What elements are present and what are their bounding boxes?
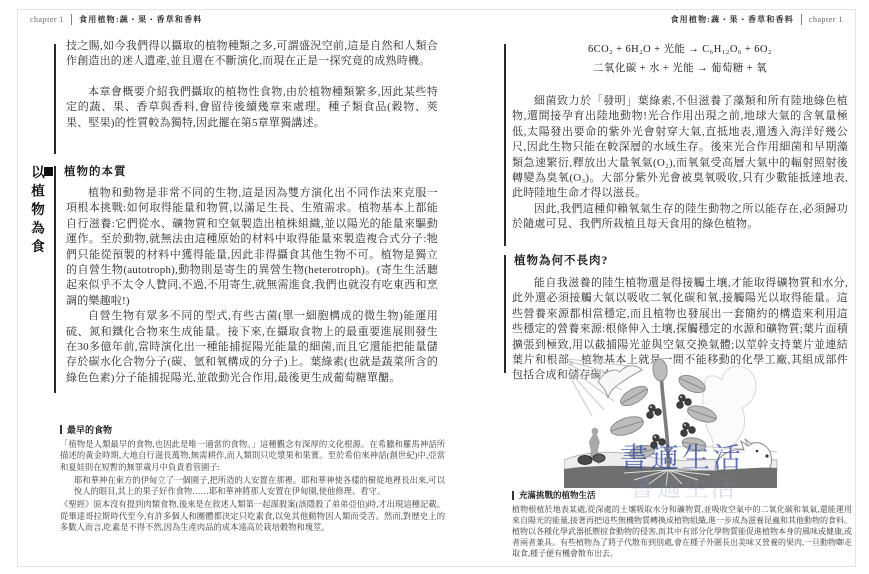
caption-title: 充滿挑戰的植物生活	[519, 489, 596, 501]
paragraph: 自營生物有眾多不同的型式,有些古菌(單一細胞構成的微生物)能運用硫、氮和鐵化合物…	[66, 309, 438, 386]
section-heading: 植物為何不長肉?	[514, 252, 608, 268]
left-running-header: chapter 1 食用植物:蔬・果・香草和香料	[30, 14, 203, 25]
title-bar-mark	[60, 425, 62, 434]
paragraph: 《聖經》原本沒有提到肉類食物,後來是在敘述人類第一起謀殺案(該隱殺了弟弟亞伯)時…	[60, 499, 445, 533]
chapter-label: chapter 1	[809, 15, 843, 24]
paragraph: 因此,我們這種仰賴氧氣生存的陸生動物之所以能存在,必須歸功於隨處可見、我們所栽植…	[512, 202, 848, 233]
scripture-quote: 耶和華神在東方的伊甸立了一個園子,把所造的人安置在那裡。耶和華神使各樣的樹從地裡…	[74, 475, 445, 498]
right-running-header: 食用植物:蔬・果・香草和香料 chapter 1	[670, 14, 843, 25]
text-rule	[54, 44, 56, 154]
book-spread: chapter 1 食用植物:蔬・果・香草和香料 食用植物:蔬・果・香草和香料 …	[0, 0, 869, 574]
caption-title-row: 充滿挑戰的植物生活	[512, 489, 852, 501]
book-title: 食用植物:蔬・果・香草和香料	[79, 14, 202, 25]
right-intro-column: 細菌致力於「發明」葉綠素,不但滋養了藻類和所有陸地綠色植物,還間接孕育出陸地動物…	[512, 94, 848, 233]
sidebar-box-earliest-food: 最早的食物 「植物是人類最早的食物,也因此是唯一適當的食物。」這種觀念有深厚的文…	[60, 423, 445, 533]
header-divider	[801, 14, 802, 25]
paragraph: 技之賜,如今我們得以攝取的植物種類之多,可謂盛況空前,這是自然和人類合作創造出的…	[66, 39, 438, 70]
caption-text: 植物根植於地表某處,從深處的土壤吸取水分和礦物質,並吸收空氣中的二氧化碳和氧氣,…	[512, 504, 852, 559]
text-rule	[504, 44, 506, 246]
box-title-row: 最早的食物	[60, 423, 445, 436]
book-title: 食用植物:蔬・果・香草和香料	[670, 14, 793, 25]
left-intro-column: 技之賜,如今我們得以攝取的植物種類之多,可謂盛況空前,這是自然和人類合作創造出的…	[66, 39, 438, 131]
header-divider	[71, 14, 72, 25]
equation-line-chemical: 6CO₂ + 6H₂O + 光能 → C₆H₁₂O₆ + 6O₂	[512, 41, 848, 60]
figure-caption: 充滿挑戰的植物生活 植物根植於地表某處,從深處的土壤吸取水分和礦物質,並吸收空氣…	[512, 489, 852, 559]
paragraph: 本章會概要介紹我們攝取的植物性食物,由於植物種類繁多,因此某些特定的蔬、果、香草…	[66, 85, 438, 131]
equation-line-chinese: 二氧化碳 + 水 + 光能 → 葡萄糖 + 氧	[512, 60, 848, 79]
paragraph: 「植物是人類最早的食物,也因此是唯一適當的食物。」這種觀念有深厚的文化根源。在希…	[60, 439, 445, 473]
figure-block: 書適生活 書適生活	[564, 356, 778, 488]
part-title-vertical: 以植物為食	[26, 165, 46, 258]
paragraph: 植物和動物是非常不同的生物,這是因為雙方演化出不同作法來克服一項根本挑戰:如何取…	[66, 186, 438, 309]
box-title: 最早的食物	[67, 423, 112, 436]
left-section-column: 植物和動物是非常不同的生物,這是因為雙方演化出不同作法來克服一項根本挑戰:如何取…	[66, 186, 438, 386]
section-marker	[44, 167, 53, 176]
paragraph: 細菌致力於「發明」葉綠素,不但滋養了藻類和所有陸地綠色植物,還間接孕育出陸地動物…	[512, 94, 848, 202]
text-rule	[54, 166, 56, 393]
section-heading: 植物的本質	[64, 163, 127, 179]
text-rule	[504, 255, 506, 373]
chapter-label: chapter 1	[30, 15, 64, 24]
photosynthesis-equation: 6CO₂ + 6H₂O + 光能 → C₆H₁₂O₆ + 6O₂ 二氧化碳 + …	[512, 41, 848, 78]
title-bar-mark	[512, 491, 514, 500]
